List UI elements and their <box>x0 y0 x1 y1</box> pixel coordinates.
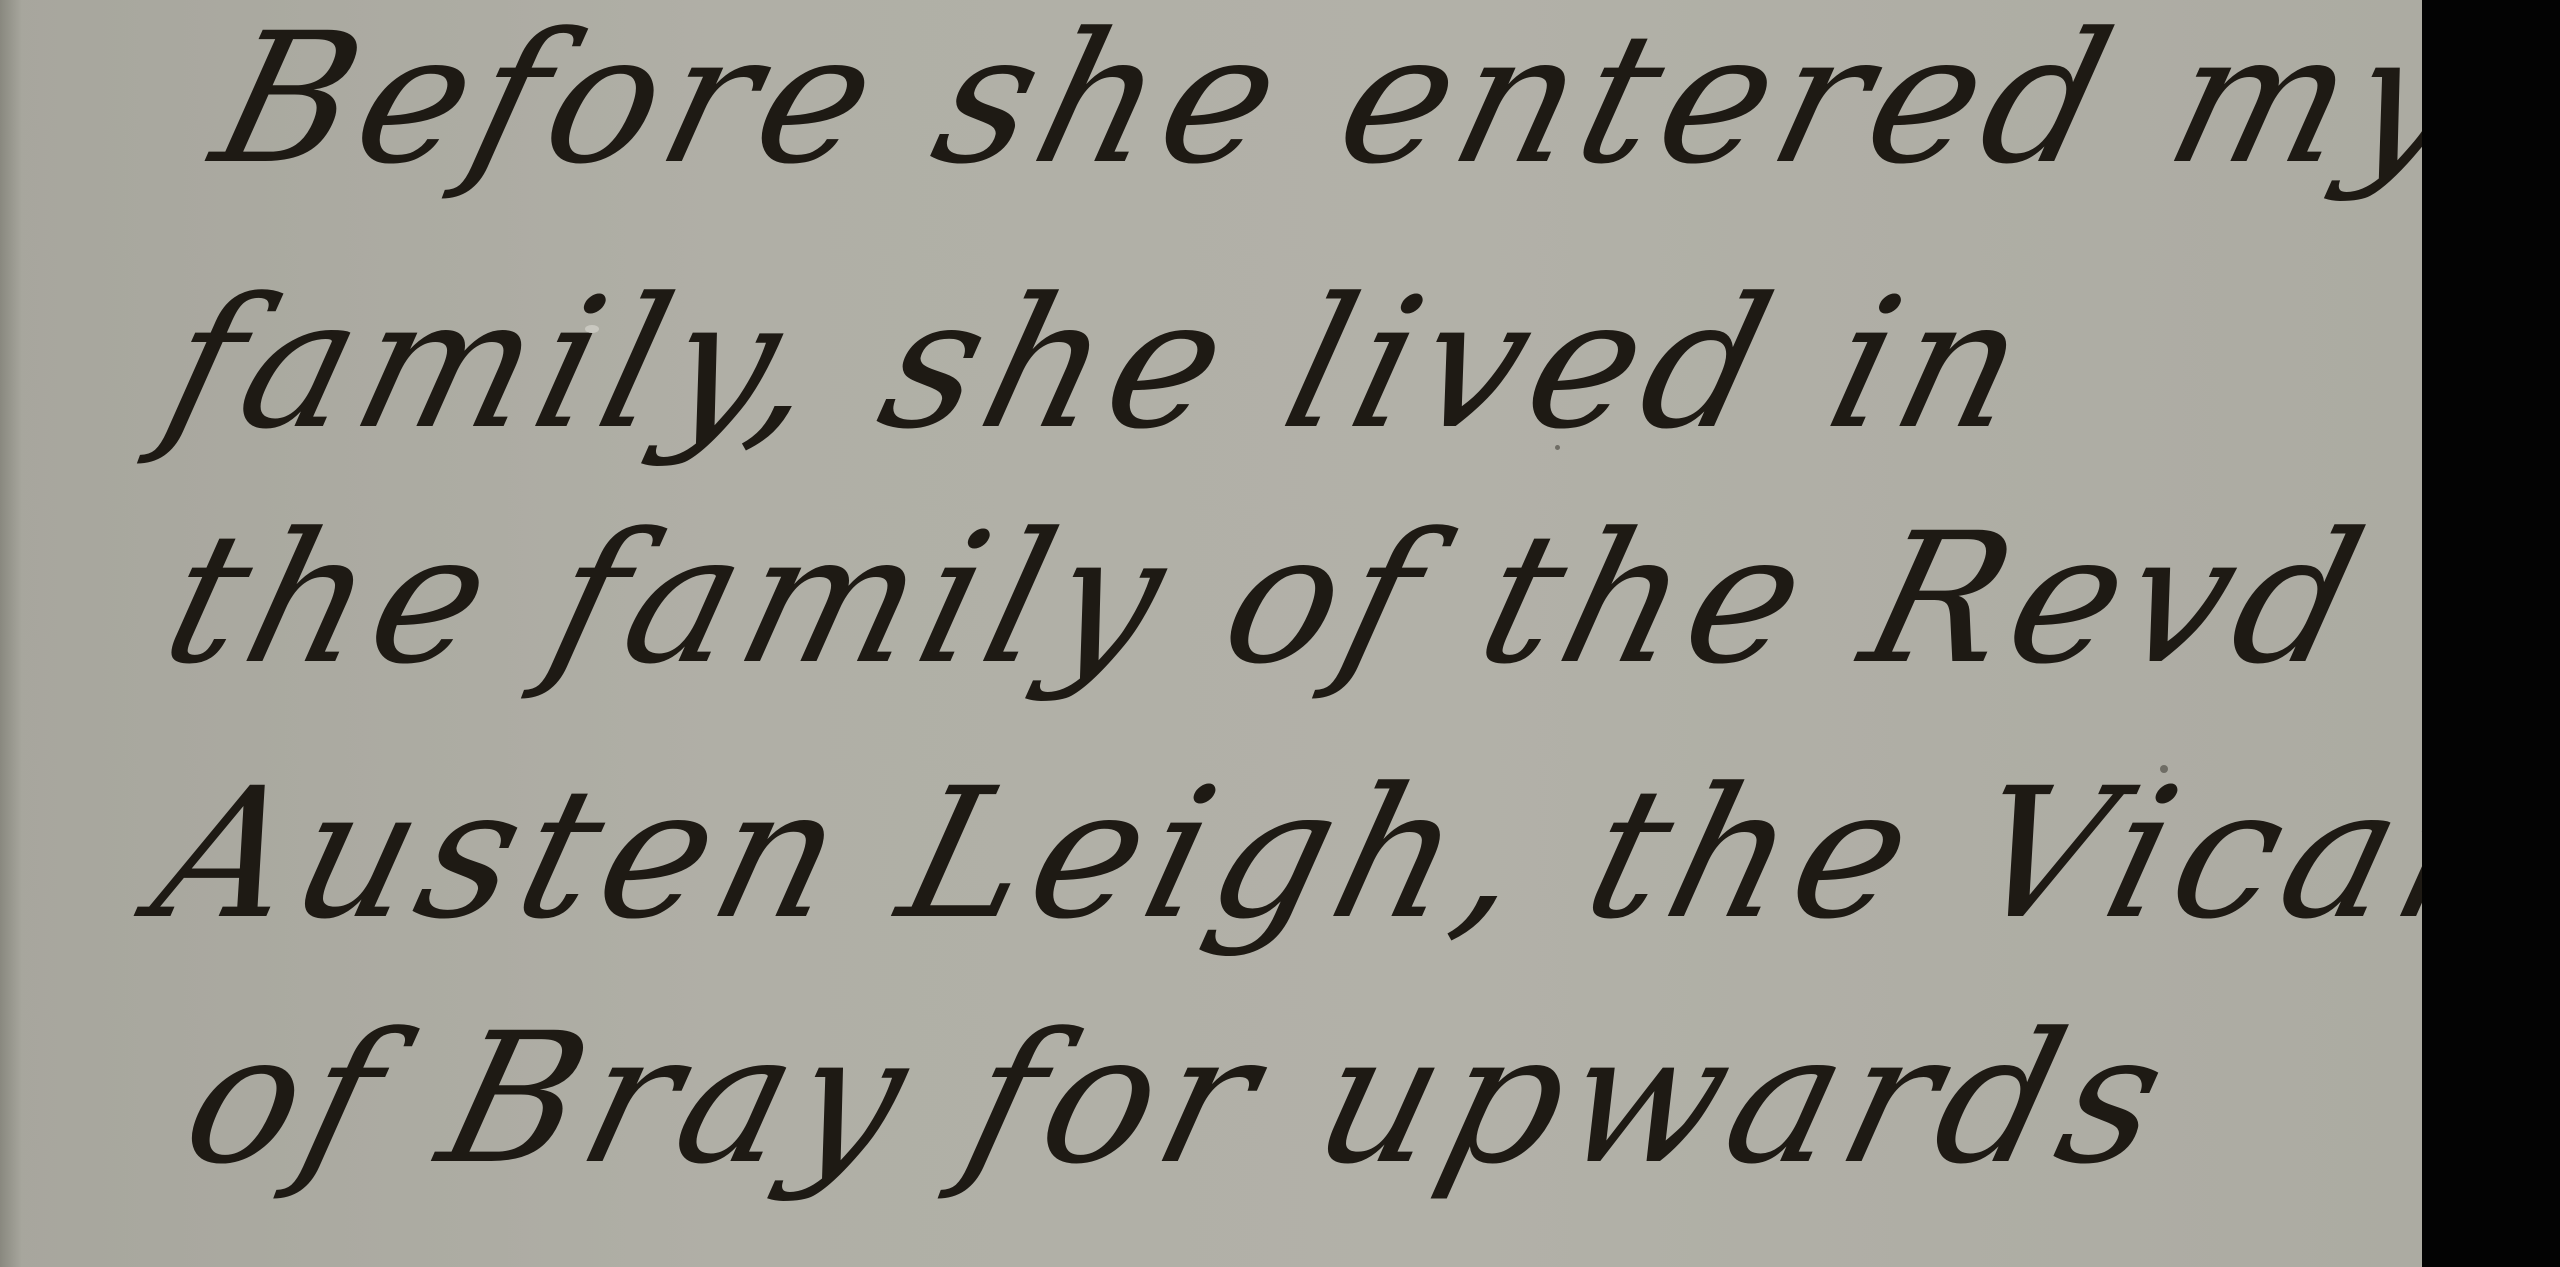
handwritten-line-2: family, she lived in <box>150 275 2048 455</box>
handwritten-line-3: the family of the Revd <box>150 510 2385 690</box>
paper-speck <box>585 325 599 333</box>
paper-speck <box>1555 445 1560 450</box>
handwritten-line-1: Before she entered my <box>200 10 2422 190</box>
handwritten-line-5: of Bray for upwards <box>170 1010 2188 1190</box>
dark-background-strip <box>2422 0 2560 1267</box>
letter-page: Before she entered my family, she lived … <box>0 0 2422 1267</box>
handwritten-line-4: Austen Leigh, the Vicar <box>140 765 2422 945</box>
paper-speck <box>2160 765 2168 773</box>
